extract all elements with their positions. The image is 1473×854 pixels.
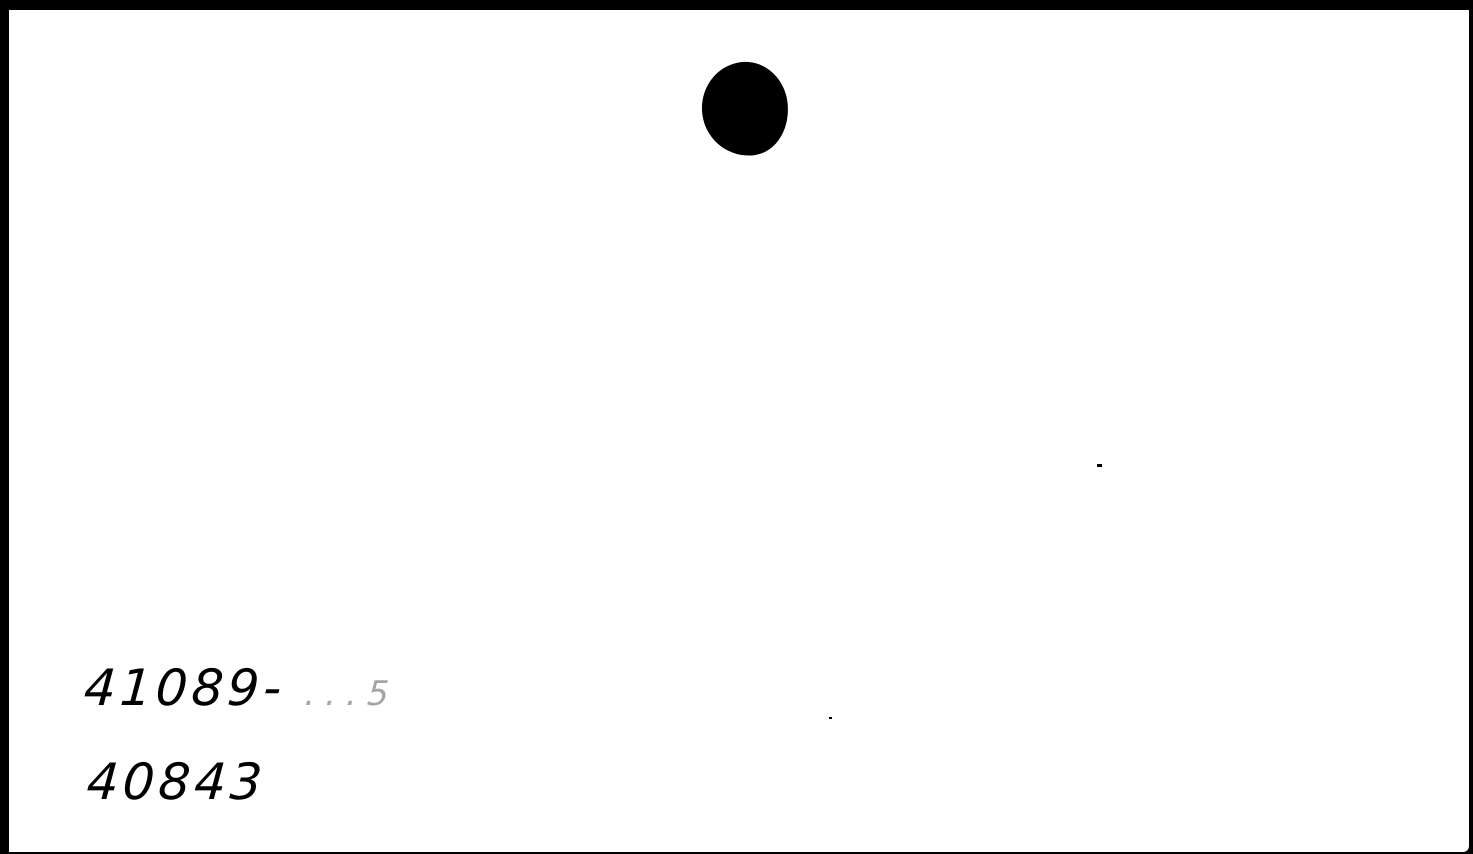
- scan-speck: [829, 717, 832, 719]
- scan-speck: [1097, 464, 1102, 467]
- handwritten-catalog-number: 41089- ...5: [82, 658, 402, 724]
- handwritten-number-faded: ...5: [303, 674, 400, 714]
- punch-hole-icon: [696, 56, 794, 161]
- handwritten-number-primary: 41089-: [82, 659, 287, 717]
- handwritten-secondary-number: 40843: [85, 752, 268, 812]
- index-card: 41089- ...5 40843: [9, 10, 1469, 852]
